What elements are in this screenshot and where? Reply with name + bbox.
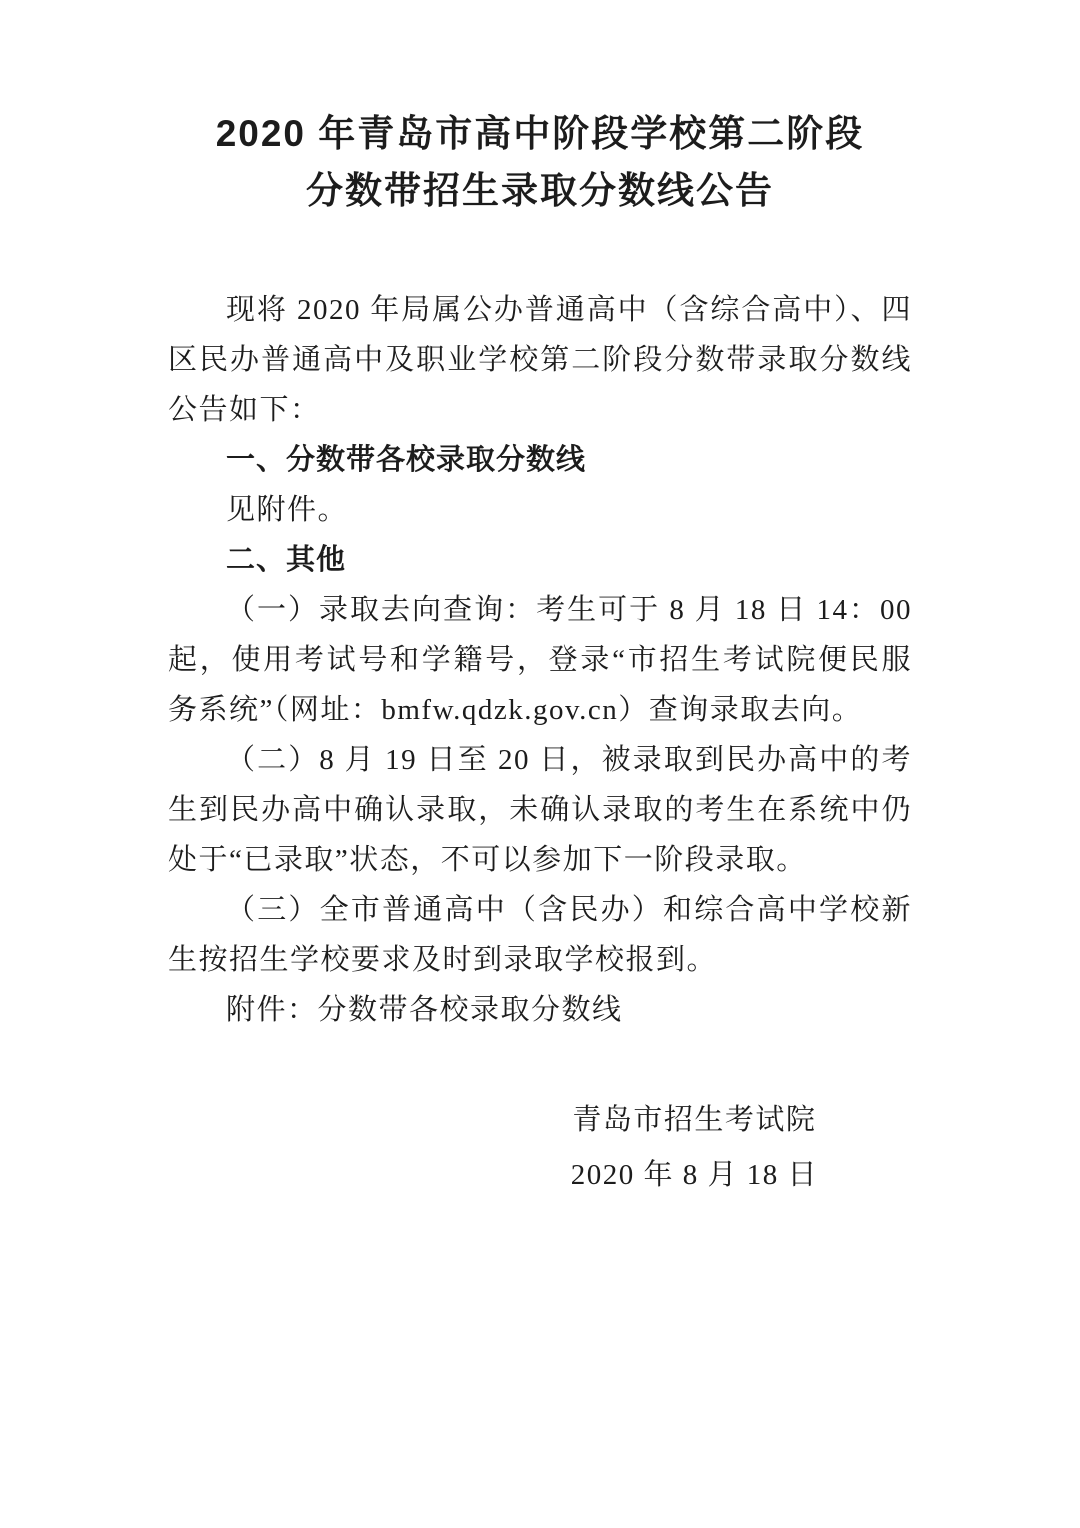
document-title-line-1: 2020 年青岛市高中阶段学校第二阶段 — [216, 113, 865, 154]
signature-date: 2020 年 8 月 18 日 — [571, 1148, 818, 1203]
document-page: 2020 年青岛市高中阶段学校第二阶段 分数带招生录取分数线公告 现将 2020… — [0, 0, 1080, 1528]
intro-paragraph: 现将 2020 年局属公办普通高中（含综合高中）、四区民办普通高中及职业学校第二… — [168, 285, 912, 435]
item-two-paragraph: （二）8 月 19 日至 20 日，被录取到民办高中的考生到民办高中确认录取，未… — [168, 735, 912, 885]
item-three-paragraph: （三）全市普通高中（含民办）和综合高中学校新生按招生学校要求及时到录取学校报到。 — [168, 885, 912, 985]
section-one-heading: 一、分数带各校录取分数线 — [168, 435, 912, 485]
document-title: 2020 年青岛市高中阶段学校第二阶段 分数带招生录取分数线公告 — [168, 105, 912, 219]
section-one-body: 见附件。 — [168, 485, 912, 535]
signature-block: 青岛市招生考试院 2020 年 8 月 18 日 — [168, 1093, 912, 1203]
document-body: 现将 2020 年局属公办普通高中（含综合高中）、四区民办普通高中及职业学校第二… — [168, 285, 912, 1035]
section-two-heading: 二、其他 — [168, 535, 912, 585]
attachment-line: 附件：分数带各校录取分数线 — [168, 985, 912, 1035]
document-title-line-2: 分数带招生录取分数线公告 — [306, 170, 774, 211]
item-one-paragraph: （一）录取去向查询：考生可于 8 月 18 日 14：00 起，使用考试号和学籍… — [168, 585, 912, 735]
signature-issuer: 青岛市招生考试院 — [571, 1093, 818, 1148]
signature-inner: 青岛市招生考试院 2020 年 8 月 18 日 — [571, 1093, 818, 1203]
